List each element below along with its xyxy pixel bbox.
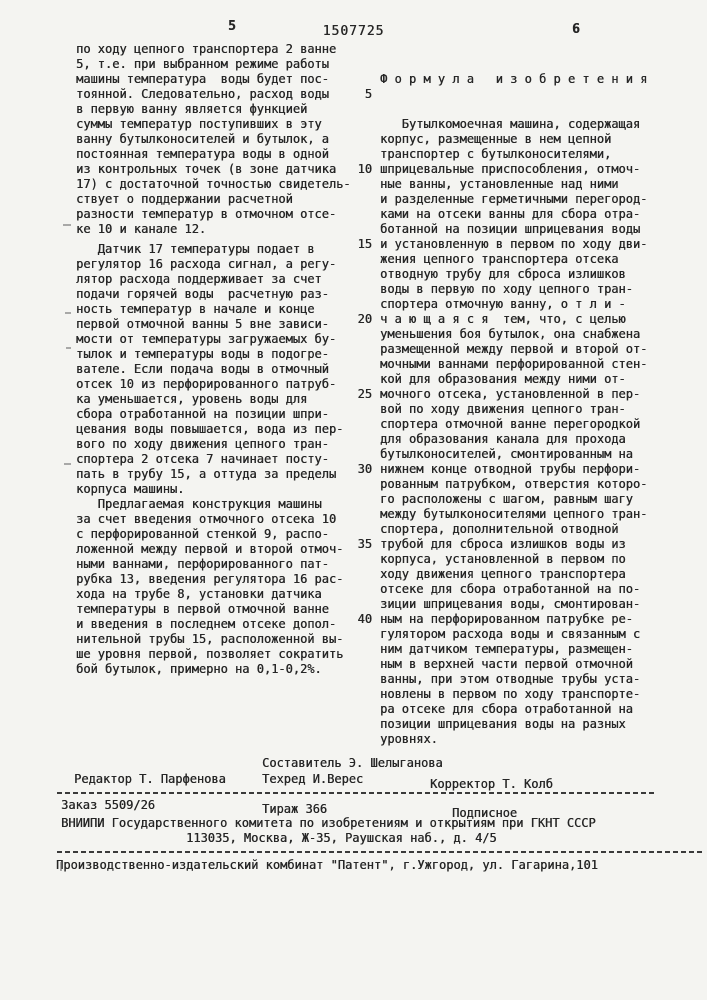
text-line: ке 10 и канале 12. bbox=[76, 222, 358, 237]
text-line: разности температур в отмочном отсе- bbox=[76, 207, 358, 222]
text-line: спортера 2 отсека 7 начинает посту- bbox=[76, 452, 358, 467]
line-number: 10 bbox=[342, 162, 372, 177]
techred-credit: Техред И.Верес bbox=[262, 772, 363, 787]
text-line: ками на отсеки ванны для сбора отра- bbox=[380, 207, 680, 222]
text-line: ванну бутылконосителей и бутылок, а bbox=[76, 132, 358, 147]
text-line: и разделенные герметичными перегород- bbox=[380, 192, 680, 207]
print-run: Тираж 366 bbox=[262, 802, 327, 817]
right-text-column: Ф о р м у л а и з о б р е т е н и я Буты… bbox=[380, 42, 680, 777]
text-line: Бутылкомоечная машина, содержащая bbox=[380, 117, 680, 132]
text-line: транспортер с бутылконосителями, bbox=[380, 147, 680, 162]
text-line: нительной трубы 15, расположенной вы- bbox=[76, 632, 358, 647]
text-line: ходу движения цепного транспортера bbox=[380, 567, 680, 582]
text-line: ным в верхней части первой отмочной bbox=[380, 657, 680, 672]
text-line: вателе. Если подача воды в отмочный bbox=[76, 362, 358, 377]
text-line: ка уменьшается, уровень воды для bbox=[76, 392, 358, 407]
text-line: за счет введения отмочного отсека 10 bbox=[76, 512, 358, 527]
text-line: тылок и температуры воды в подогре- bbox=[76, 347, 358, 362]
text-line: ным на перфорированном патрубке ре- bbox=[380, 612, 680, 627]
text-line: спортера отмочную ванну, о т л и - bbox=[380, 297, 680, 312]
scan-artifact bbox=[60, 862, 62, 871]
text-line: 17) с достаточной точностью свидетель- bbox=[76, 177, 358, 192]
text-line: гулятором расхода воды и связанным с bbox=[380, 627, 680, 642]
text-line: ложенной между первой и второй отмоч- bbox=[76, 542, 358, 557]
text-line: рубка 13, введения регулятора 16 рас- bbox=[76, 572, 358, 587]
claims-text: Бутылкомоечная машина, содержащаякорпус,… bbox=[380, 117, 680, 747]
text-line: ботанной на позиции шприцевания воды bbox=[380, 222, 680, 237]
text-line: ванны, при этом отводные трубы уста- bbox=[380, 672, 680, 687]
text-line: уменьшения боя бутылок, она снабжена bbox=[380, 327, 680, 342]
text-line: лятор расхода поддерживает за счет bbox=[76, 272, 358, 287]
text-line: шприцевальные приспособления, отмоч- bbox=[380, 162, 680, 177]
text-line: ним датчиком температуры, размещен- bbox=[380, 642, 680, 657]
claims-heading: Ф о р м у л а и з о б р е т е н и я bbox=[380, 72, 680, 87]
text-line: спортера, дополнительной отводной bbox=[380, 522, 680, 537]
text-line: вой по ходу движения цепного тран- bbox=[380, 402, 680, 417]
text-line: отводную трубу для сброса излишков bbox=[380, 267, 680, 282]
patent-document-page: 5 1507725 6 по ходу цепного транспортера… bbox=[0, 0, 707, 1000]
text-line: сбора отработанной на позиции шпри- bbox=[76, 407, 358, 422]
text-line: ность температур в начале и конце bbox=[76, 302, 358, 317]
text-line: зиции шприцевания воды, смонтирован- bbox=[380, 597, 680, 612]
line-number: 25 bbox=[342, 387, 372, 402]
text-line: цевания воды повышается, вода из пер- bbox=[76, 422, 358, 437]
text-line: тоянной. Следовательно, расход воды bbox=[76, 87, 358, 102]
text-line: пать в трубу 15, а оттуда за пределы bbox=[76, 467, 358, 482]
text-line: нижнем конце отводной трубы перфори- bbox=[380, 462, 680, 477]
text-line: отсек 10 из перфорированного патруб- bbox=[76, 377, 358, 392]
text-line: машины температура воды будет пос- bbox=[76, 72, 358, 87]
text-line: мочными ваннами перфорированной стен- bbox=[380, 357, 680, 372]
text-line: постоянная температура воды в одной bbox=[76, 147, 358, 162]
line-number: 20 bbox=[342, 312, 372, 327]
text-line: между бутылконосителями цепного тран- bbox=[380, 507, 680, 522]
text-line: размещенной между первой и второй от- bbox=[380, 342, 680, 357]
text-line: бой бутылок, примерно на 0,1-0,2%. bbox=[76, 662, 358, 677]
left-text-column: по ходу цепного транспортера 2 ванне5, т… bbox=[76, 42, 358, 677]
text-line: жения цепного транспортера отсека bbox=[380, 252, 680, 267]
vniipi-committee-line: ВНИИПИ Государственного комитета по изоб… bbox=[61, 816, 596, 831]
text-line: корпуса, установленной в первом по bbox=[380, 552, 680, 567]
scan-artifact bbox=[66, 347, 71, 349]
page-number-right: 6 bbox=[572, 22, 580, 37]
text-line: Предлагаемая конструкция машины bbox=[76, 497, 358, 512]
text-line: по ходу цепного транспортера 2 ванне bbox=[76, 42, 358, 57]
text-line: корпуса машины. bbox=[76, 482, 358, 497]
text-line: 5, т.е. при выбранном режиме работы bbox=[76, 57, 358, 72]
text-line: позиции шприцевания воды на разных bbox=[380, 717, 680, 732]
text-line: ч а ю щ а я с я тем, что, с целью bbox=[380, 312, 680, 327]
scan-artifact bbox=[63, 224, 71, 226]
text-line: воды в первую по ходу цепного тран- bbox=[380, 282, 680, 297]
scan-artifact bbox=[64, 463, 71, 465]
text-line: первой отмочной ванны 5 вне зависи- bbox=[76, 317, 358, 332]
vniipi-address: 113035, Москва, Ж-35, Раушская наб., д. … bbox=[186, 831, 497, 846]
scan-artifact bbox=[65, 312, 71, 314]
patent-document-number: 1507725 bbox=[0, 24, 707, 39]
text-line: температуры в первой отмочной ванне bbox=[76, 602, 358, 617]
text-line: спортера отмочной ванне перегородкой bbox=[380, 417, 680, 432]
text-line: регулятор 16 расхода сигнал, а регу- bbox=[76, 257, 358, 272]
dashed-rule bbox=[57, 851, 703, 853]
text-line: го расположены с шагом, равным шагу bbox=[380, 492, 680, 507]
line-number: 5 bbox=[342, 87, 372, 102]
text-line: ствует о поддержании расчетной bbox=[76, 192, 358, 207]
text-line: ра отсеке для сбора отработанной на bbox=[380, 702, 680, 717]
text-line: корпус, размещенные в нем цепной bbox=[380, 132, 680, 147]
dashed-rule bbox=[57, 792, 657, 794]
text-line: мочного отсека, установленной в пер- bbox=[380, 387, 680, 402]
text-line: Датчик 17 температуры подает в bbox=[76, 242, 358, 257]
text-line: и установленную в первом по ходу дви- bbox=[380, 237, 680, 252]
text-line: ные ванны, установленные над ними bbox=[380, 177, 680, 192]
text-line: подачи горячей воды расчетную раз- bbox=[76, 287, 358, 302]
text-line: из контрольных точек (в зоне датчика bbox=[76, 162, 358, 177]
text-line: хода на трубе 8, установки датчика bbox=[76, 587, 358, 602]
line-number: 40 bbox=[342, 612, 372, 627]
text-line: бутылконосителей, смонтированным на bbox=[380, 447, 680, 462]
paragraph: Датчик 17 температуры подает врегулятор … bbox=[76, 242, 358, 497]
line-number-gutter: 510152025303540 bbox=[342, 42, 372, 692]
text-line: рованным патрубком, отверстия которо- bbox=[380, 477, 680, 492]
text-line: в первую ванну является функцией bbox=[76, 102, 358, 117]
line-number: 35 bbox=[342, 537, 372, 552]
editor-credit: Редактор Т. Парфенова bbox=[74, 772, 226, 787]
text-line: с перфорированной стенкой 9, распо- bbox=[76, 527, 358, 542]
line-number: 30 bbox=[342, 462, 372, 477]
text-line: кой для образования между ними от- bbox=[380, 372, 680, 387]
text-line: отсеке для сбора отработанной на по- bbox=[380, 582, 680, 597]
line-number: 15 bbox=[342, 237, 372, 252]
paragraph: по ходу цепного транспортера 2 ванне5, т… bbox=[76, 42, 358, 237]
text-line: вого по ходу движения цепного тран- bbox=[76, 437, 358, 452]
text-line: и введения в последнем отсеке допол- bbox=[76, 617, 358, 632]
text-line: новлены в первом по ходу транспорте- bbox=[380, 687, 680, 702]
page-header: 5 1507725 6 bbox=[0, 19, 707, 37]
text-line: ше уровня первой, позволяет сократить bbox=[76, 647, 358, 662]
imprint-footer: Составитель Э. Шелыганова Редактор Т. Па… bbox=[0, 752, 707, 882]
text-line: для образования канала для прохода bbox=[380, 432, 680, 447]
text-line: ными ваннами, перфорированного пат- bbox=[76, 557, 358, 572]
paragraph: Предлагаемая конструкция машиныза счет в… bbox=[76, 497, 358, 677]
compiler-credit: Составитель Э. Шелыганова bbox=[262, 756, 443, 771]
printing-plant-line: Производственно-издательский комбинат "П… bbox=[56, 858, 598, 873]
text-line: мости от температуры загружаемых бу- bbox=[76, 332, 358, 347]
text-line: суммы температур поступивших в эту bbox=[76, 117, 358, 132]
order-number: Заказ 5509/26 bbox=[61, 798, 155, 813]
text-line: трубой для сброса излишков воды из bbox=[380, 537, 680, 552]
corrector-credit: Корректор Т. Колб bbox=[430, 777, 553, 792]
text-line: уровнях. bbox=[380, 732, 680, 747]
